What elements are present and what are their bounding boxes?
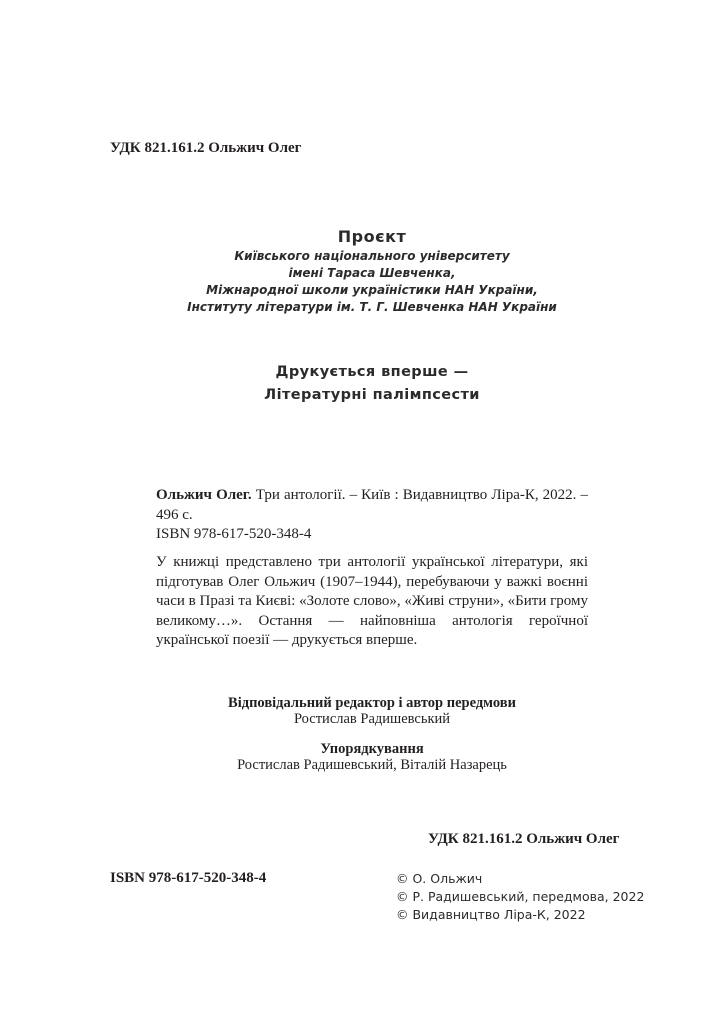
annotation-paragraph: У книжці представлено три антології укра… <box>156 553 588 651</box>
project-block: Проєкт Київського національного універси… <box>0 226 722 316</box>
project-line: Міжнародної школи україністики НАН Украї… <box>0 282 722 299</box>
udk-classification-top: УДК 821.161.2 Ольжич Олег <box>110 140 301 157</box>
project-line: Київського національного університету <box>0 248 722 265</box>
isbn-bottom: ISBN 978-617-520-348-4 <box>110 870 266 887</box>
first-print-line: Друкується вперше — <box>0 361 722 384</box>
project-title: Проєкт <box>0 226 722 248</box>
copyright-line: © Видавництво Ліра-К, 2022 <box>396 906 644 924</box>
copyright-line: © Р. Радишевський, передмова, 2022 <box>396 888 644 906</box>
bibliographic-isbn: ISBN 978-617-520-348-4 <box>156 525 588 545</box>
copyright-line: © О. Ольжич <box>396 870 644 888</box>
first-print-line: Літературні палімпсести <box>0 384 722 407</box>
bibliographic-record: Ольжич Олег. Три антології. – Київ : Вид… <box>156 486 588 545</box>
credits-block: Відповідальний редактор і автор передмов… <box>0 695 722 773</box>
credit-compilation-names: Ростислав Радишевський, Віталій Назарець <box>0 757 722 773</box>
bibliographic-author: Ольжич Олег. <box>156 487 252 503</box>
first-print-heading: Друкується вперше — Літературні палімпсе… <box>0 361 722 407</box>
copyright-notices: © О. Ольжич © Р. Радишевський, передмова… <box>396 870 644 924</box>
project-line: імені Тараса Шевченка, <box>0 265 722 282</box>
credit-editor-names: Ростислав Радишевський <box>0 711 722 727</box>
project-line: Інституту літератури ім. Т. Г. Шевченка … <box>0 299 722 316</box>
credit-editor-label: Відповідальний редактор і автор передмов… <box>0 695 722 711</box>
udk-classification-bottom: УДК 821.161.2 Ольжич Олег <box>428 831 619 848</box>
bibliographic-description: Ольжич Олег. Три антології. – Київ : Вид… <box>156 486 588 525</box>
credit-compilation-label: Упорядкування <box>0 741 722 757</box>
